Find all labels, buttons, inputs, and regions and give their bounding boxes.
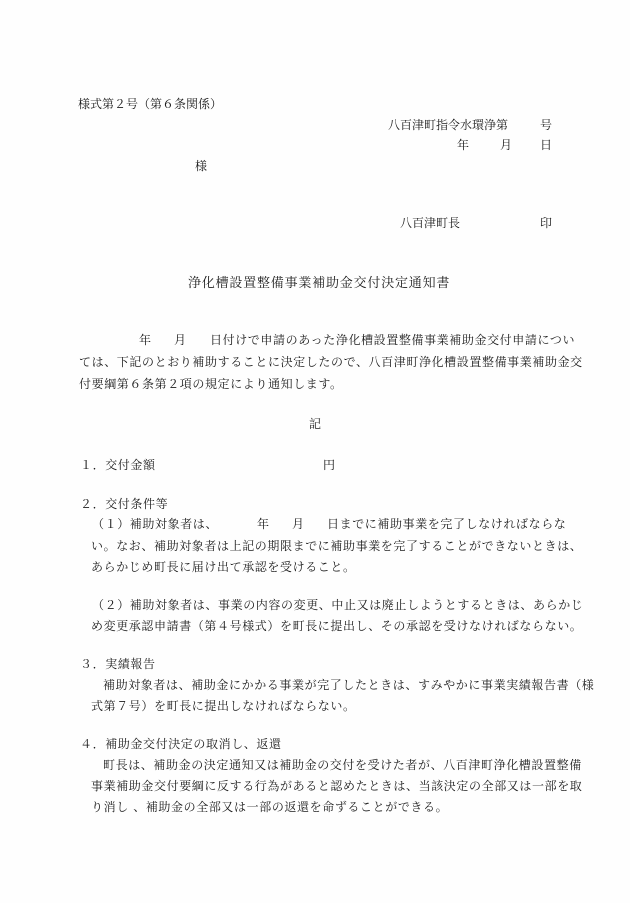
section-2-item-1-prefix: （１）補助対象者は、: [92, 517, 218, 531]
section-2-item-2-line-2: め変更承認申請書（第４号様式）を町長に提出し、その承認を受けなければならない。: [91, 619, 582, 633]
date-month-label: 月: [500, 138, 512, 152]
document-title: 浄化槽設置整備事業補助金交付決定通知書: [188, 277, 450, 291]
section-2-item-2-line-1: （２）補助対象者は、事業の内容の変更、中止又は廃止しようとするときは、あらかじ: [92, 598, 583, 612]
section-4-heading: ４．補助金交付決定の取消し、返還: [80, 737, 282, 751]
intro-line-1: 日付けで申請のあった浄化槽設置整備事業補助金交付申請につい: [210, 333, 575, 347]
document-number-suffix: 号: [540, 118, 552, 132]
section-2-item-1-line-1: 日までに補助事業を完了しなければならな: [327, 517, 566, 531]
recipient-suffix: 様: [195, 159, 207, 173]
issuer-name: 八百津町長: [400, 216, 460, 230]
section-2-item-1-line-3: あらかじめ町長に届け出て承認を受けること。: [91, 560, 356, 574]
section-2-item-1-month-label: 月: [292, 517, 304, 531]
section-3-line-2: 式第７号）を町長に提出しなければならない。: [91, 699, 356, 713]
section-4-line-2: 事業補助金交付要綱に反する行為があると認めたときは、当該決定の全部又は一部を取: [91, 779, 582, 793]
section-3-line-1: 補助対象者は、補助金にかかる事業が完了したときは、すみやかに事業実績報告書（様: [103, 678, 594, 692]
intro-month-label: 月: [174, 333, 186, 347]
intro-year-label: 年: [139, 333, 151, 347]
section-1-heading: １．交付金額: [80, 458, 156, 472]
section-2-heading: ２．交付条件等: [80, 497, 168, 511]
section-2-item-1-year-label: 年: [257, 517, 269, 531]
section-4-line-1: 町長は、補助金の決定通知又は補助金の交付を受けた者が、八百津町浄化槽設置整備: [103, 758, 582, 772]
section-2-item-1-line-2: い。なお、補助対象者は上記の期限までに補助事業を完了することができないときは、: [91, 539, 582, 553]
document-number-prefix: 八百津町指令水環浄第: [388, 118, 508, 132]
section-1-unit: 円: [323, 458, 335, 472]
section-3-heading: ３．実績報告: [80, 657, 156, 671]
date-day-label: 日: [540, 138, 552, 152]
section-4-line-3: り消し 、補助金の全部又は一部の返還を命ずることができる。: [91, 800, 448, 814]
intro-line-2: ては、下記のとおり補助することに決定したので、八百津町浄化槽設置整備事業補助金交: [79, 355, 583, 369]
seal-mark: 印: [540, 216, 552, 230]
date-year-label: 年: [457, 138, 469, 152]
ki-marker: 記: [309, 417, 321, 431]
form-number: 様式第２号（第６条関係）: [78, 97, 222, 111]
intro-line-3: 付要綱第６条第２項の規定により通知します。: [79, 377, 343, 391]
